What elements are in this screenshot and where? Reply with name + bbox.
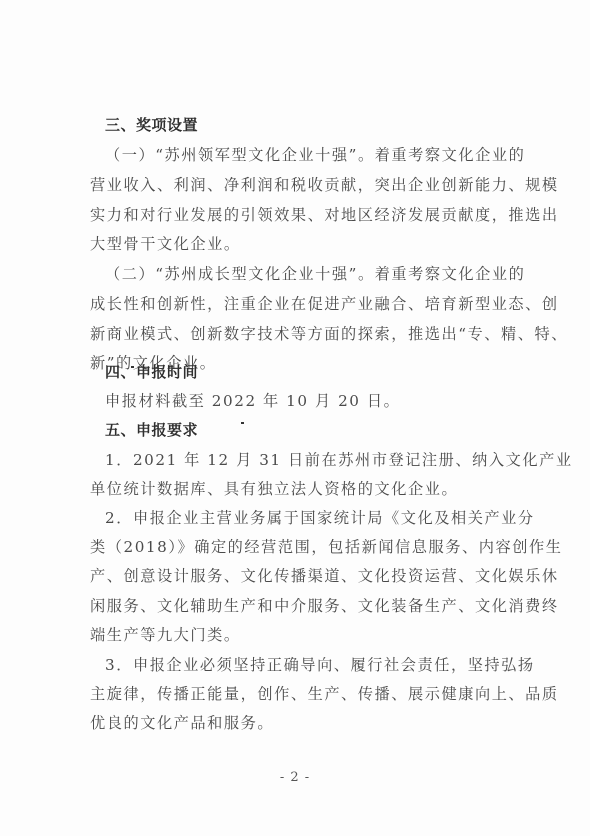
paragraph-line: 2．申报企业主营业务属于国家统计局《文化及相关产业分 — [105, 508, 530, 528]
paragraph-line: 产、创意设计服务、文化传播渠道、文化投资运营、文化娱乐休 — [90, 566, 515, 586]
paragraph-line: 1．2021 年 12 月 31 日前在苏州市登记注册、纳入文化产业 — [105, 450, 530, 470]
scan-speck — [241, 422, 244, 424]
paragraph-line: 优良的文化产品和服务。 — [90, 713, 515, 733]
paragraph-line: 单位统计数据库、具有独立法人资格的文化企业。 — [90, 479, 515, 499]
document-page: 三、奖项设置 （一）“苏州领军型文化企业十强”。着重考察文化企业的 营业收入、利… — [0, 0, 590, 836]
section-heading-requirements: 五、申报要求 — [105, 420, 530, 440]
paragraph-line: 实力和对行业发展的引领效果、对地区经济发展贡献度，推选出 — [90, 205, 515, 225]
paragraph-line: 类（2018）》确定的经营范围，包括新闻信息服务、内容创作生 — [90, 537, 515, 557]
paragraph-line: 闲服务、文化辅助生产和中介服务、文化装备生产、文化消费终 — [90, 596, 515, 616]
paragraph-line: 申报材料截至 2022 年 10 月 20 日。 — [105, 391, 530, 411]
section-heading-time: 四、申报时间 — [105, 362, 530, 382]
paragraph-line: （二）“苏州成长型文化企业十强”。着重考察文化企业的 — [105, 264, 530, 284]
paragraph-line: 新商业模式、创新数字技术等方面的探索，推选出“专、精、特、 — [90, 324, 515, 344]
paragraph-line: 端生产等九大门类。 — [90, 625, 515, 645]
paragraph-line: 3．申报企业必须坚持正确导向、履行社会责任，坚持弘扬 — [105, 655, 530, 675]
paragraph-line: 主旋律，传播正能量，创作、生产、传播、展示健康向上、品质 — [90, 684, 515, 704]
paragraph-line: 营业收入、利润、净利润和税收贡献，突出企业创新能力、规模 — [90, 175, 515, 195]
page-number: - 2 - — [0, 770, 590, 785]
paragraph-line: 成长性和创新性，注重企业在促进产业融合、培育新型业态、创 — [90, 294, 515, 314]
section-heading-awards: 三、奖项设置 — [105, 115, 530, 135]
paragraph-line: （一）“苏州领军型文化企业十强”。着重考察文化企业的 — [105, 145, 530, 165]
paragraph-line: 大型骨干文化企业。 — [90, 234, 515, 254]
